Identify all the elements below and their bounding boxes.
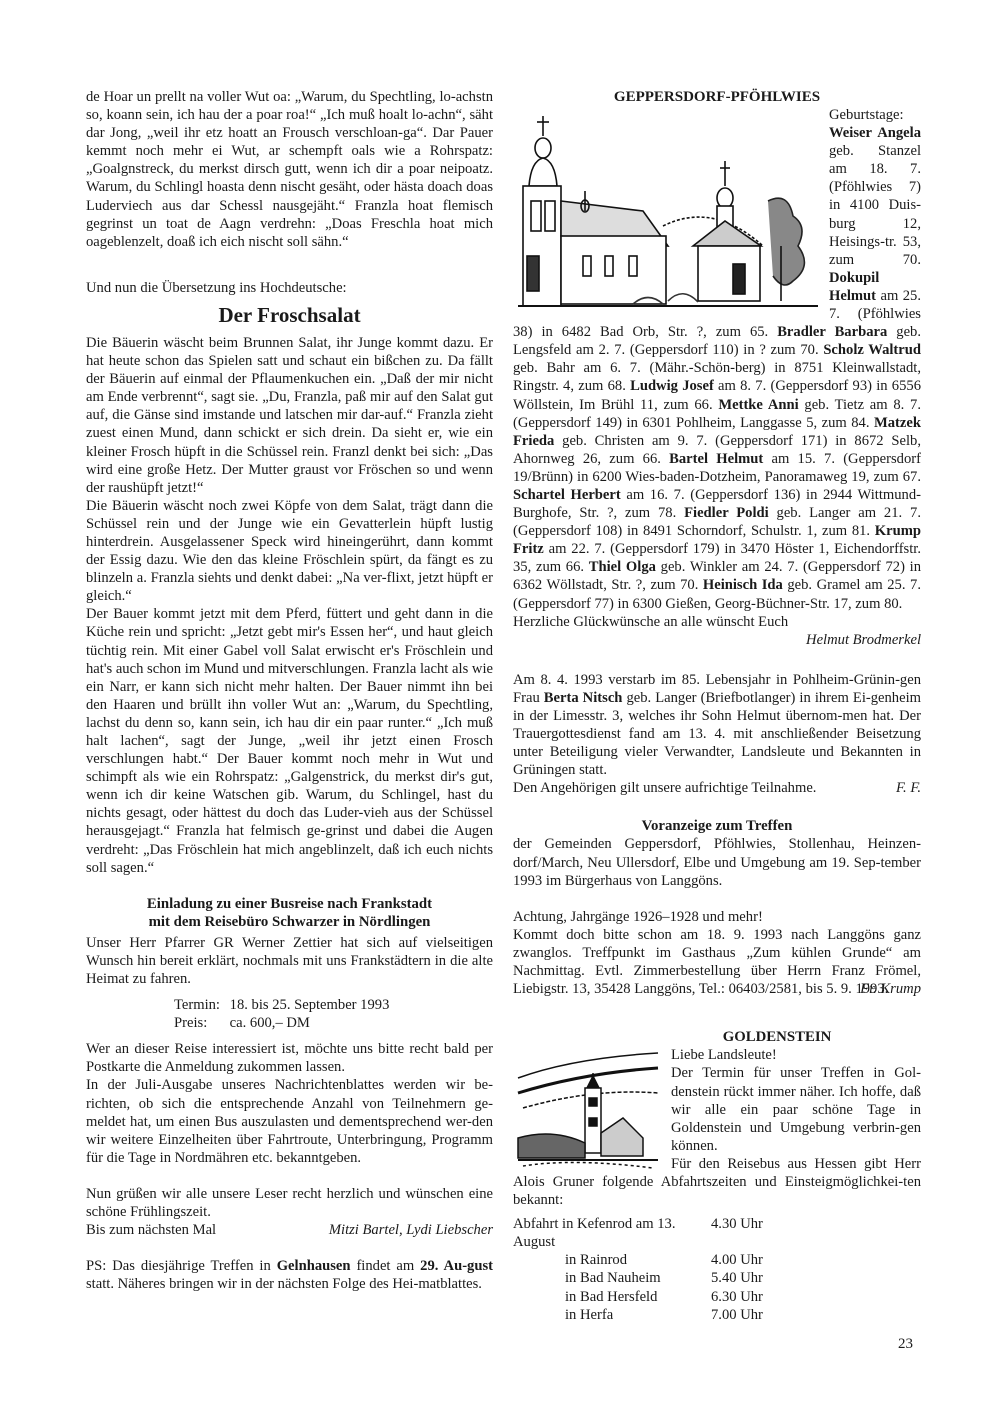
departure-time: 4.00 Uhr [711, 1251, 763, 1269]
story-paragraph: Die Bäuerin wäscht beim Brunnen Salat, i… [86, 334, 493, 497]
closing: Bis zum nächsten Mal [86, 1221, 216, 1239]
greeting: Nun grüßen wir alle unsere Leser recht h… [86, 1185, 493, 1221]
departure-row: Abfahrt in Kefenrod am 13. August4.30 Uh… [513, 1215, 921, 1251]
left-column: de Hoar un prellt na voller Wut oa: „War… [86, 88, 493, 1293]
ps-suffix: statt. Näheres bringen wir in der nächst… [86, 1276, 482, 1292]
birthday-name: Heinisch Ida [703, 577, 783, 593]
termin-label: Termin: [174, 996, 226, 1014]
departure-row: in Bad Hersfeld6.30 Uhr [513, 1288, 921, 1306]
departure-time: 5.40 Uhr [711, 1269, 763, 1287]
obituary-closing: Den Angehörigen gilt unsere aufrichtige … [513, 779, 816, 797]
birthday-name: Bradler Barbara [777, 324, 887, 340]
departure-table: Abfahrt in Kefenrod am 13. August4.30 Uh… [513, 1215, 921, 1324]
closing-row: Bis zum nächsten Mal Mitzi Bartel, Lydi … [86, 1221, 493, 1239]
goldenstein-illustration [513, 1048, 663, 1170]
ps-mid: findet am [351, 1258, 421, 1274]
birthday-name: Weiser Angela [829, 125, 921, 141]
bus-paragraph: Wer an dieser Reise interessiert ist, mö… [86, 1040, 493, 1076]
departure-place: in Herfa [513, 1306, 711, 1324]
departure-time: 4.30 Uhr [711, 1215, 763, 1251]
birthday-name: Ludwig Josef [630, 378, 714, 394]
departure-row: in Rainrod4.00 Uhr [513, 1251, 921, 1269]
birthday-name: Mettke Anni [718, 397, 798, 413]
story-title: Der Froschsalat [86, 303, 493, 327]
obituary-closing-row: Den Angehörigen gilt unsere aufrichtige … [513, 779, 921, 797]
departure-place: in Rainrod [513, 1251, 711, 1269]
meeting-text: der Gemeinden Geppersdorf, Pföhlwies, St… [513, 835, 921, 889]
obituary: Am 8. 4. 1993 verstarb im 85. Lebensjahr… [513, 671, 921, 780]
ps-note: PS: Das diesjährige Treffen in Gelnhause… [86, 1257, 493, 1293]
departure-place: Abfahrt in Kefenrod am 13. August [513, 1215, 711, 1251]
termin-value: 18. bis 25. September 1993 [230, 996, 390, 1014]
bus-intro: Unser Herr Pfarrer GR Werner Zettier hat… [86, 934, 493, 988]
birthday-name: Thiel Olga [589, 559, 656, 575]
bus-heading-line2: mit dem Reisebüro Schwarzer in Nördlinge… [86, 913, 493, 931]
church-illustration [513, 106, 823, 311]
story-paragraph: Der Bauer kommt jetzt mit dem Pferd, füt… [86, 605, 493, 876]
preis-label: Preis: [174, 1014, 226, 1032]
departure-place: in Bad Hersfeld [513, 1288, 711, 1306]
goldenstein-drawing-icon [513, 1048, 663, 1170]
ps-prefix: PS: Das diesjährige Treffen in [86, 1258, 277, 1274]
birthday-text: geb. Stanzel am 18. 7. (Pföhlwies 7) in … [829, 143, 921, 268]
ps-place: Gelnhausen [277, 1258, 351, 1274]
congrats: Herzliche Glückwünsche an alle wünscht E… [513, 613, 921, 631]
departure-place: in Bad Nauheim [513, 1269, 711, 1287]
preis-value: ca. 600,– DM [230, 1014, 310, 1032]
ps-date: 29. Au-gust [420, 1258, 493, 1274]
obituary-name: Berta Nitsch [544, 690, 623, 706]
birthday-name: Scholz Waltrud [823, 342, 921, 358]
bus-paragraph: In der Juli-Ausgabe unseres Nachrichtenb… [86, 1076, 493, 1166]
attention: Achtung, Jahrgänge 1926–1928 und mehr! [513, 908, 921, 926]
section-title-geppersdorf: GEPPERSDORF-PFÖHLWIES [513, 88, 921, 106]
birthday-name: Dokupil Helmut [829, 270, 879, 304]
story-paragraph: Die Bäuerin wäscht noch zwei Köpfe von d… [86, 497, 493, 606]
birthday-name: Schartel Herbert [513, 487, 621, 503]
page-number: 23 [898, 1336, 913, 1353]
goldenstein-title: GOLDENSTEIN [513, 1028, 921, 1046]
departure-row: in Herfa7.00 Uhr [513, 1306, 921, 1324]
obituary-signature: F. F. [896, 779, 921, 797]
church-drawing-icon [513, 106, 823, 311]
right-column: GEPPERSDORF-PFÖHLWIES [513, 88, 921, 1324]
congrats-signature: Helmut Brodmerkel [513, 631, 921, 649]
meeting-heading: Voranzeige zum Treffen [513, 817, 921, 835]
departure-time: 7.00 Uhr [711, 1306, 763, 1324]
birthday-name: Bartel Helmut [669, 451, 763, 467]
departure-row: in Bad Nauheim5.40 Uhr [513, 1269, 921, 1287]
departure-time: 6.30 Uhr [711, 1288, 763, 1306]
translation-intro: Und nun die Übersetzung ins Hochdeutsche… [86, 279, 493, 297]
dialect-paragraph: de Hoar un prellt na voller Wut oa: „War… [86, 88, 493, 251]
trip-details: Termin: 18. bis 25. September 1993 Preis… [174, 996, 493, 1032]
bus-heading: Einladung zu einer Busreise nach Frankst… [86, 895, 493, 931]
signature: Mitzi Bartel, Lydi Liebscher [329, 1221, 493, 1239]
bus-heading-line1: Einladung zu einer Busreise nach Frankst… [86, 895, 493, 913]
birthday-name: Fiedler Poldi [684, 505, 769, 521]
